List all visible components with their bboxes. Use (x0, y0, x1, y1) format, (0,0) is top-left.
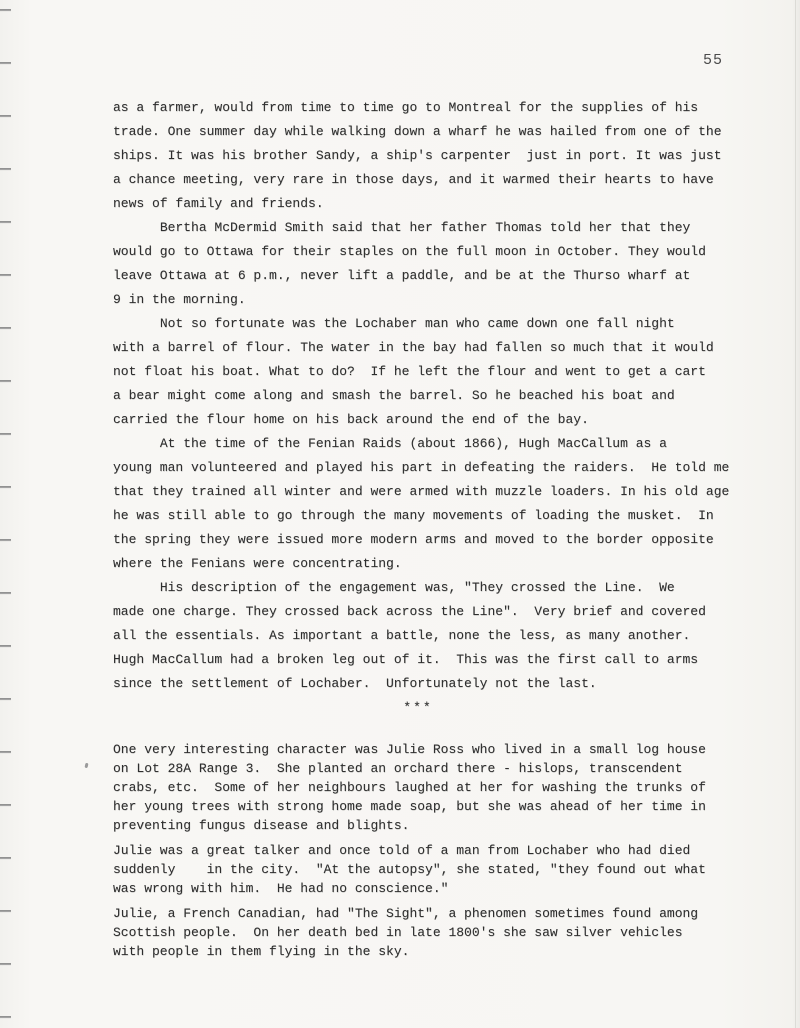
paper-edge (795, 0, 796, 1028)
binding-marks (0, 9, 11, 1019)
paragraph-julie-orchard: One very interesting character was Julie… (113, 740, 773, 835)
paragraph-engagement: His description of the engagement was, "… (113, 576, 773, 696)
page-content: as a farmer, would from time to time go … (113, 96, 773, 967)
section-julie-ross: One very interesting character was Julie… (113, 740, 773, 961)
section-separator: *** (113, 696, 723, 720)
paragraph-fenian-raids: At the time of the Fenian Raids (about 1… (113, 432, 773, 576)
paragraph-julie-sight: Julie, a French Canadian, had "The Sight… (113, 904, 773, 961)
section-memoir: as a farmer, would from time to time go … (113, 96, 773, 696)
paragraph-lochaber-flour: Not so fortunate was the Lochaber man wh… (113, 312, 773, 432)
paragraph-farmer-montreal: as a farmer, would from time to time go … (113, 96, 773, 216)
paragraph-julie-autopsy: Julie was a great talker and once told o… (113, 841, 773, 898)
page-number: 55 (703, 52, 723, 70)
scan-artifact-mark (85, 763, 89, 769)
paragraph-bertha-mcdermid: Bertha McDermid Smith said that her fath… (113, 216, 773, 312)
